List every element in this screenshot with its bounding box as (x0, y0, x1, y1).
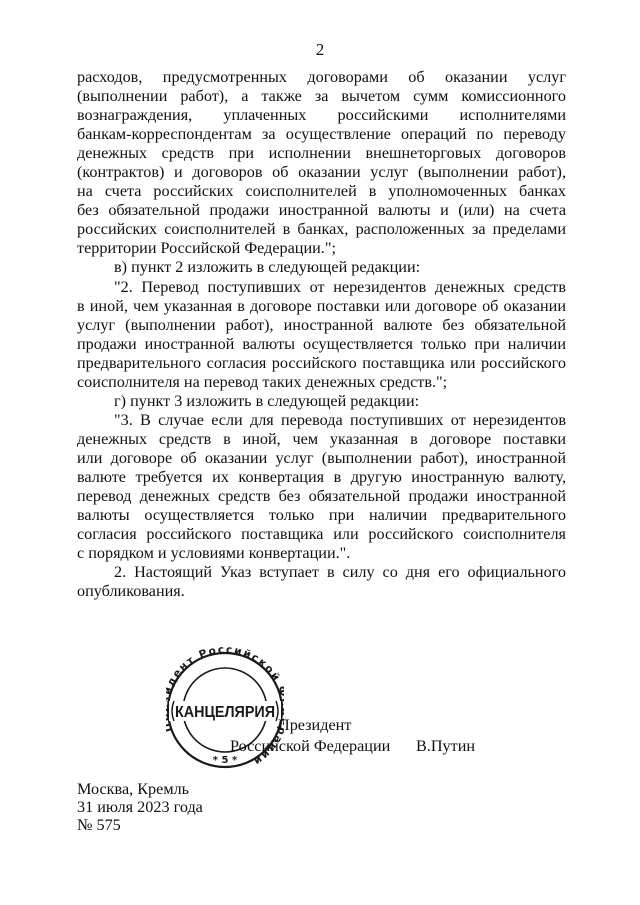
body-line: продажи иностранной валюты осуществляетс… (77, 335, 566, 354)
body-line: денежных средств в иной, чем указанная в… (77, 430, 566, 449)
body-line: (контрактов) и договоров об оказании усл… (77, 163, 566, 182)
body-line: вознаграждения, уплаченных российскими и… (77, 106, 566, 125)
signatory-name: В.Путин (416, 736, 475, 757)
body-line: предварительного согласия российского по… (77, 354, 566, 373)
body-line: соисполнителя на перевод таких денежных … (77, 373, 566, 392)
page-number: 2 (0, 40, 640, 60)
body-line: "2. Перевод поступивших от нерезидентов … (77, 278, 566, 297)
signature-title-line-2: Российской Федерации (230, 736, 390, 757)
body-line: банкам-корреспондентам за осуществление … (77, 125, 566, 144)
body-line: или договоре об оказании услуг (выполнен… (77, 449, 566, 468)
seal-center-text: КАНЦЕЛЯРИЯ (175, 704, 275, 721)
body-line: российских соисполнителей в банках, расп… (77, 220, 566, 239)
body-line: без обязательной продажи иностранной вал… (77, 201, 566, 220)
body-line: (выполнении работ), а также за вычетом с… (77, 87, 566, 106)
body-line: "3. В случае если для перевода поступивш… (77, 411, 566, 430)
document-body: расходов, предусмотренных договорами об … (77, 68, 566, 601)
decree-number: № 575 (77, 816, 203, 834)
body-line: опубликования. (77, 582, 566, 601)
body-line: валюте требуется их конвертация в другую… (77, 468, 566, 487)
body-line: услуг (выполнении работ), иностранной ва… (77, 316, 566, 335)
body-line: согласия российского поставщика или росс… (77, 525, 566, 544)
body-line: 2. Настоящий Указ вступает в силу со дня… (77, 563, 566, 582)
document-footer: Москва, Кремль 31 июля 2023 года № 575 (77, 780, 203, 834)
body-line: г) пункт 3 изложить в следующей редакции… (77, 392, 566, 411)
body-line: на счета российских соисполнителей в упо… (77, 182, 566, 201)
body-line: расходов, предусмотренных договорами об … (77, 68, 566, 87)
body-line: в иной, чем указанная в договоре поставк… (77, 297, 566, 316)
body-line: валюты осуществляется только при наличии… (77, 506, 566, 525)
body-line: перевод денежных средств без обязательно… (77, 487, 566, 506)
signing-date: 31 июля 2023 года (77, 798, 203, 816)
body-line: в) пункт 2 изложить в следующей редакции… (77, 258, 566, 277)
body-line: территории Российской Федерации."; (77, 239, 566, 258)
body-line: с порядком и условиями конвертации.". (77, 544, 566, 563)
body-line: денежных средств при исполнении внешнето… (77, 144, 566, 163)
signing-place: Москва, Кремль (77, 780, 203, 798)
signature-title-line-1: Президент (278, 715, 351, 736)
